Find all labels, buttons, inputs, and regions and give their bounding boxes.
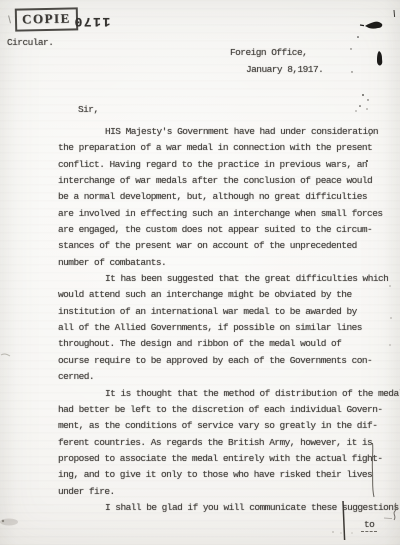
copy-stamp: COPIE: [15, 7, 78, 31]
stamp-edge-mark: [8, 15, 14, 24]
document-page: COPIE 1170 Circular. Foreign Office, Jan…: [0, 0, 400, 545]
ink-blot: [365, 22, 382, 29]
ink-speck: [355, 110, 356, 111]
registry-number: 1170: [73, 14, 110, 29]
letter-line: number of combatants.: [58, 255, 390, 271]
letter-line: are involved in effecting such an interc…: [58, 206, 390, 222]
letterhead-office: Foreign Office,: [230, 47, 307, 58]
letter-line: ferent countries. As regards the British…: [58, 435, 390, 451]
salutation: Sir,: [78, 104, 99, 115]
ink-speck: [359, 105, 361, 107]
letter-line: stances of the present war on account of…: [58, 238, 390, 254]
letter-line: under fire.: [58, 484, 390, 500]
letter-line: are engaged, the custom does not appear …: [58, 222, 390, 238]
letter-line: ment, as the conditions of service vary …: [58, 418, 390, 434]
letter-line: the preparation of a war medal in connec…: [58, 140, 390, 156]
letter-line: throughout. The design and ribbon of the…: [58, 336, 390, 352]
ink-speck: [362, 94, 364, 96]
letter-line: It is thought that the method of distrib…: [58, 386, 390, 402]
corner-tick-mark: [394, 10, 395, 17]
letter-line: cerned.: [58, 369, 390, 385]
letter-line: be a normal development, but, although n…: [58, 189, 390, 205]
ink-speck: [367, 99, 368, 100]
catchword: to: [361, 519, 377, 532]
ink-speck: [332, 531, 333, 532]
ink-speck: [352, 533, 353, 534]
letter-body: HIS Majesty's Government have had under …: [58, 124, 390, 516]
letter-line: had better be left to the discretion of …: [58, 402, 390, 418]
letter-line: HIS Majesty's Government have had under …: [58, 124, 390, 140]
pen-dash: [384, 518, 392, 519]
ink-speck: [390, 317, 391, 318]
letter-line: proposed to associate the medal entirely…: [58, 451, 390, 467]
ink-speck: [366, 108, 367, 109]
letter-line: institution of an international war meda…: [58, 304, 390, 320]
document-type-label: Circular.: [7, 37, 53, 48]
letter-line: interchange of war medals after the conc…: [58, 173, 390, 189]
ink-blot: [377, 51, 382, 65]
ink-speck: [351, 71, 352, 72]
left-margin-smudge: [1, 354, 10, 356]
letter-line: ocurse require to be approved by each of…: [58, 353, 390, 369]
letter-line: It has been suggested that the great dif…: [58, 271, 390, 287]
letter-line: all of the Allied Governments, if possib…: [58, 320, 390, 336]
ink-speck: [350, 48, 351, 49]
ink-blot-tail: [360, 25, 364, 26]
letter-line: conflict. Having regard to the practice …: [58, 157, 390, 173]
bottom-smudge: [0, 519, 18, 526]
letter-line: would attend such an interchange might b…: [58, 287, 390, 303]
letter-line: ing, and to give it only to those who ha…: [58, 467, 390, 483]
ink-speck: [357, 36, 359, 38]
letterhead-date: January 8,1917.: [246, 64, 323, 75]
ink-speck: [2, 520, 4, 522]
letter-line: I shall be glad if you will communicate …: [58, 500, 390, 516]
ink-speck: [341, 533, 342, 534]
